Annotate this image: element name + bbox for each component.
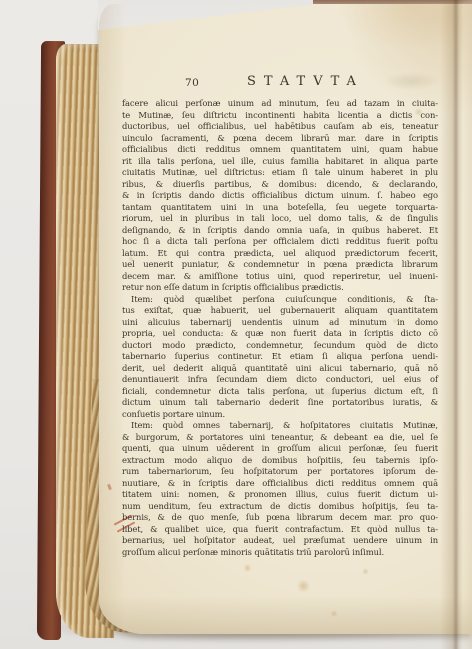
text-line: bernis, & de quo menſe, ſub pœna libraru…: [122, 512, 438, 524]
text-line: conſuetis portare uinum.: [122, 409, 438, 421]
text-block: facere alicui perſonæ uinum ad minutum, …: [122, 98, 438, 558]
text-line: propria, uel conducta: & quæ non fuerit …: [122, 328, 438, 340]
text-line: uinculo ſacramenti, & pœna decem librarū…: [122, 133, 438, 145]
text-line: tantam quantitatem uini in una boteſella…: [122, 202, 438, 214]
text-line: deſignando, & in ſcriptis dando omnia ua…: [122, 225, 438, 237]
running-title: STATVTA: [247, 74, 364, 89]
text-line: nuutiare, & in ſcriptis dare officialibu…: [122, 478, 438, 490]
text-line: uini alicuius tabernarij uendentis uinum…: [122, 317, 438, 329]
show-through-smudge: [383, 72, 441, 90]
text-line: latum. Et qui contra prædicta, uel aliqu…: [122, 248, 438, 260]
text-line: dictum uinum tali tabernario dederit ſin…: [122, 397, 438, 409]
text-line: Item: quòd omnes tabernarij, & hoſpitato…: [122, 420, 438, 432]
text-line: ductoribus, uel officialibus, uel habēti…: [122, 121, 438, 133]
text-line: rum tabernariorum, ſeu hoſpitatorum per …: [122, 466, 438, 478]
text-line: decem mar. & amiſſione totius uini, quod…: [122, 271, 438, 283]
text-line: te Mutinæ, ſeu diſtrictu incontinenti ha…: [122, 110, 438, 122]
text-line: facere alicui perſonæ uinum ad minutum, …: [122, 98, 438, 110]
text-line: officialibus dicti redditus omnem quanti…: [122, 144, 438, 156]
text-line: ciuitatis Mutinæ, uel diſtrictus: etiam …: [122, 167, 438, 179]
text-line: retur non eſſe datum in ſcriptis officia…: [122, 282, 438, 294]
text-line: hoc ſi a dicta tali perſona per official…: [122, 236, 438, 248]
gutter-crease: [440, 0, 472, 649]
text-line: ficiali, condemnetur dicta talis perſona…: [122, 386, 438, 398]
text-line: tabernario ſuperius continetur. Et etiam…: [122, 351, 438, 363]
text-line: tus exiſtat, quæ habuerit, uel gubernaue…: [122, 305, 438, 317]
text-line: rit illa talis perſona, uel ille, cuius …: [122, 156, 438, 168]
text-line: quenti, qua uinum uēderent in groſſum al…: [122, 443, 438, 455]
text-line: bernarius, uel hoſpitator audeat, uel pr…: [122, 535, 438, 547]
text-line: & burgorum, & portatores uini teneantur,…: [122, 432, 438, 444]
book-photograph: 70 STATVTA facere alicui perſonæ uinum a…: [0, 0, 472, 649]
text-line: num uenditum, ſeu extractum de dictis do…: [122, 501, 438, 513]
text-line: groſſum alicui perſonæ minoris quātitati…: [122, 547, 438, 559]
text-line: denuntiauerit infra ſecundam diem dicto …: [122, 374, 438, 386]
text-line: titatem uini: nomen, & pronomen illius, …: [122, 489, 438, 501]
text-line: libet, & qualibet uice, qua fuerit contr…: [122, 524, 438, 536]
text-line: Item: quòd quælibet perſona cuiuſcunque …: [122, 294, 438, 306]
page-number: 70: [185, 77, 199, 89]
text-line: extractum modo aliquo de domibus hoſpiti…: [122, 455, 438, 467]
text-line: uel uenerit puniatur, & condemnetur in p…: [122, 259, 438, 271]
text-line: riorum, uel in pluribus in tali loco, ue…: [122, 213, 438, 225]
text-line: ductori modo prædicto, condemnetur, ſecu…: [122, 340, 438, 352]
text-line: derit, uel dederit aliquā quantitatē uin…: [122, 363, 438, 375]
text-line: ribus, & diuerſis partibus, & domibus: d…: [122, 179, 438, 191]
text-line: & in ſcriptis dando dictis officialibus …: [122, 190, 438, 202]
